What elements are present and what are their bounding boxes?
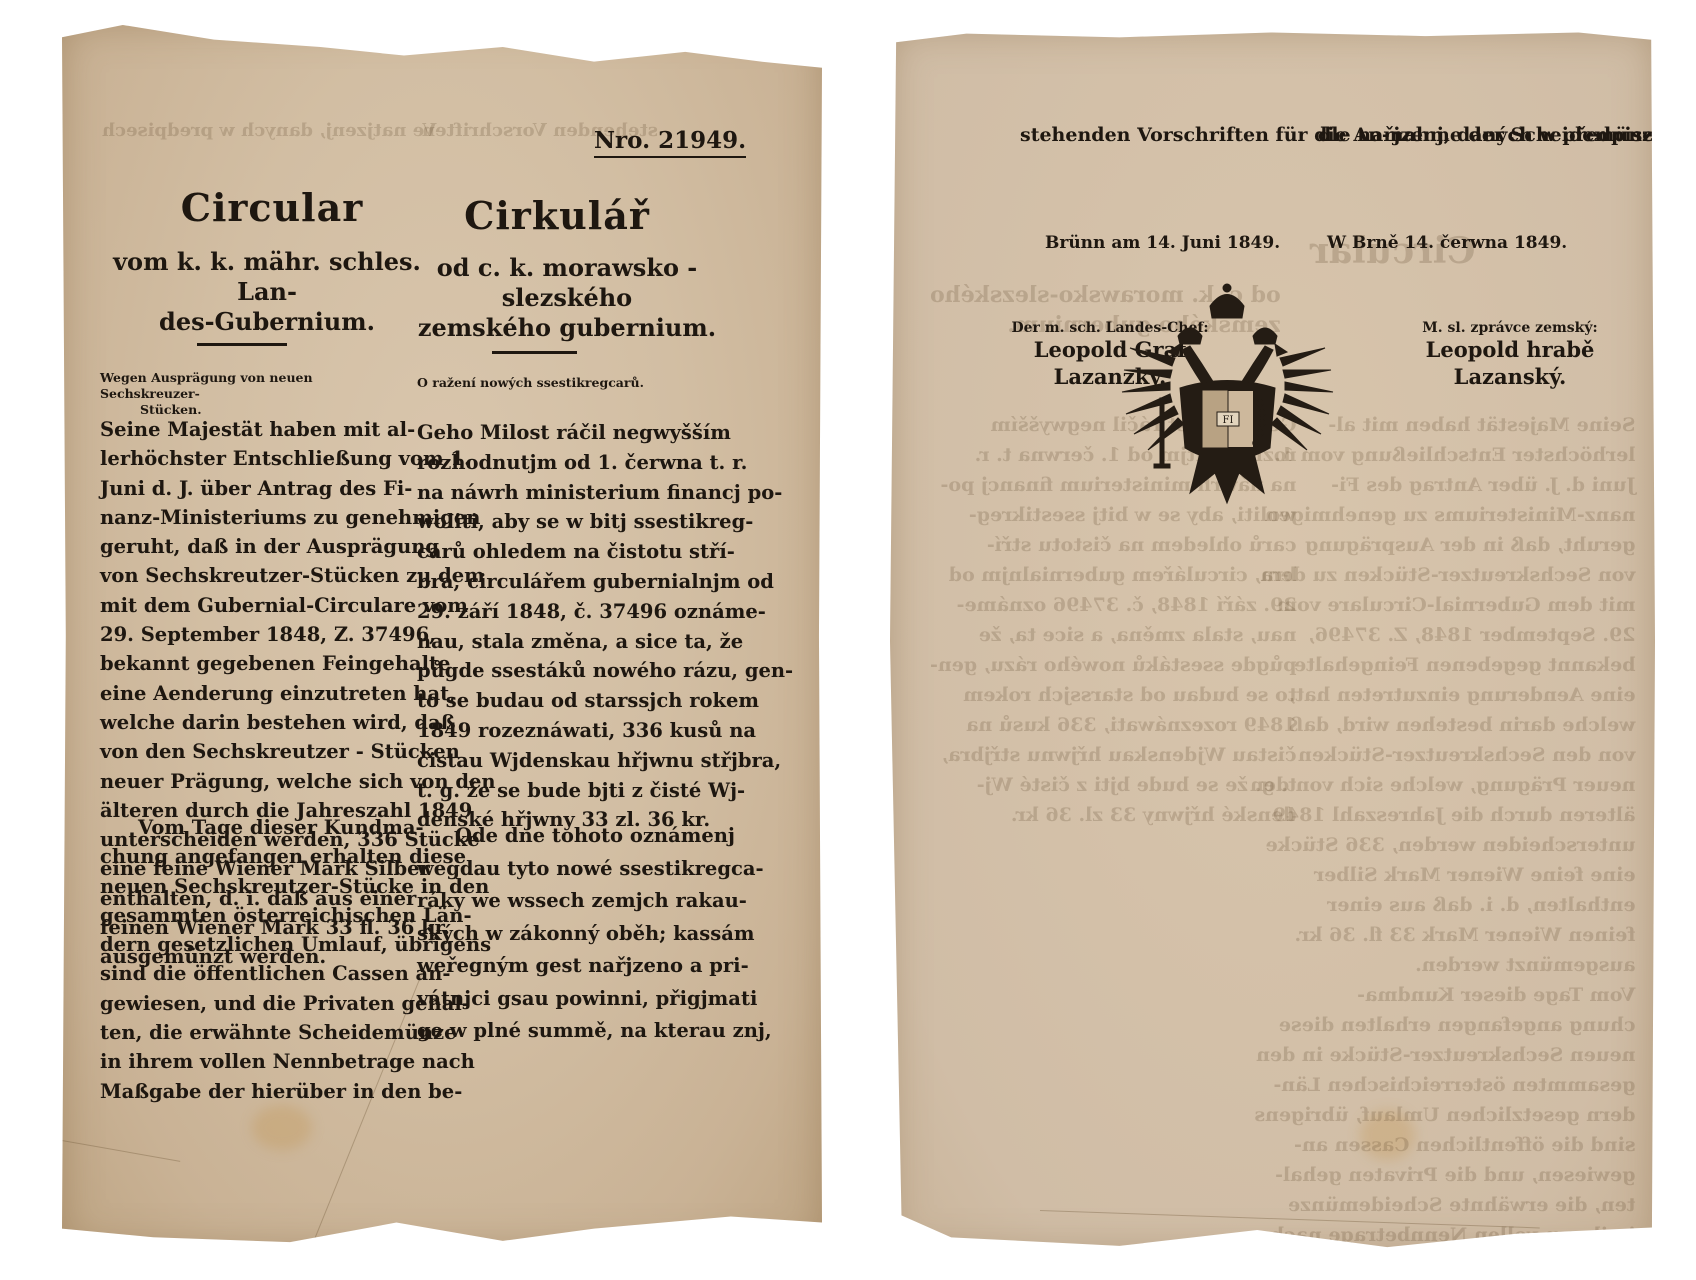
text-line: wegdau tyto nowé ssestikregca- <box>417 853 707 886</box>
text-line: in ihrem vollen Nennbetrage nach <box>100 1047 385 1076</box>
divider-rule <box>197 343 287 346</box>
text-line: 29. září 1848, č. 37496 oznáme- <box>417 597 707 627</box>
text-line: vátnjci gsau powinni, přigjmati <box>417 983 707 1016</box>
authority-german: vom k. k. mähr. schles. Lan- des-Guberni… <box>97 247 437 337</box>
text-line: lerhöchster Entschließung vom 1. <box>100 444 385 473</box>
bleed-through-body: Seine Majestät haben mit al-lerhöchster … <box>1250 410 1635 1280</box>
authority-line: od c. k. morawsko - slezského <box>397 253 737 313</box>
text-line: t. g. že se bude bjti z čisté Wj- <box>417 776 707 806</box>
text-line: geruht, daß in der Ausprägung <box>100 532 385 561</box>
text-line: von den Sechskreutzer - Stücken <box>100 737 385 766</box>
text-line: nanz-Ministeriums zu genehmigen <box>100 503 385 532</box>
text-line: dle nařjzenj, daných w předpisech <box>1318 124 1680 146</box>
text-line: Seine Majestät haben mit al- <box>100 415 385 444</box>
text-line: čistau Wjdenskau hřjwnu střjbra, <box>417 746 707 776</box>
text-line: sind die öffentlichen Cassen an- <box>100 959 385 988</box>
text-line: na náwrh ministerium financj po- <box>417 478 707 508</box>
text-line: 1849 rozeznáwati, 336 kusů na <box>417 716 707 746</box>
text-line: von Sechskreutzer-Stücken zu dem <box>100 561 385 590</box>
text-line: Vom Tage dieser Kundma- <box>100 813 385 842</box>
text-line: gesammten österreichischen Län- <box>100 901 385 930</box>
body-czech-paragraph-2: Ode dne tohoto oznámenjwegdau tyto nowé … <box>417 820 707 1048</box>
text-line: Maßgabe der hierüber in den be- <box>100 1077 385 1106</box>
date-czech: W Brně 14. čerwna 1849. <box>1327 233 1567 253</box>
text-line: to se budau od starssjch rokem <box>417 686 707 716</box>
authority-czech: od c. k. morawsko - slezského zemského g… <box>397 253 737 343</box>
text-line: mit dem Gubernial-Circulare vom <box>100 591 385 620</box>
text-line: ráky we wssech zemjch rakau- <box>417 885 707 918</box>
text-line: Juni d. J. über Antrag des Fi- <box>100 474 385 503</box>
text-line: dern gesetzlichen Umlauf, übrigens <box>100 930 385 959</box>
text-line: ten, die erwähnte Scheidemünze <box>100 1018 385 1047</box>
text-line: nau, stala změna, a sice ta, že <box>417 627 707 657</box>
text-line: ských w zákonný oběh; kassám <box>417 918 707 951</box>
document-number: Nro. 21949. <box>594 127 746 158</box>
right-page: Circular od c. k. morawsko-slezskéhozems… <box>890 30 1655 1252</box>
text-line: Geho Milost ráčil negwyšším <box>417 418 707 448</box>
subject-line: Wegen Ausprägung von neuen Sechskreuzer- <box>100 370 400 402</box>
title-czech: Cirkulář <box>397 193 717 238</box>
text-line: půgde ssestáků nowého rázu, gen- <box>417 656 707 686</box>
continuation-czech: dle nařjzenj, daných w předpisecho přigj… <box>1318 120 1696 150</box>
signature-name: Leopold hrabě <box>1410 336 1610 363</box>
title-german: Circular <box>122 185 422 230</box>
foxing-stain <box>252 1105 312 1150</box>
text-line: neuer Prägung, welche sich von den <box>100 767 385 796</box>
text-line: ge w plné summě, na kterau znj, <box>417 1015 707 1048</box>
shield-monogram: FI <box>1223 415 1234 426</box>
body-german-paragraph-2: Vom Tage dieser Kundma-chung angefangen … <box>100 813 385 1106</box>
text-line: bekannt gegebenen Feingehalte <box>100 649 385 678</box>
subject-line: O ražení nowých ssestikregcarů. <box>417 375 717 391</box>
text-line: woliti, aby se w bitj ssestikreg- <box>417 507 707 537</box>
subject-czech: O ražení nowých ssestikregcarů. <box>417 375 717 391</box>
subject-german: Wegen Ausprägung von neuen Sechskreuzer-… <box>100 370 400 418</box>
authority-line: vom k. k. mähr. schles. Lan- <box>97 247 437 307</box>
body-czech-paragraph-1: Geho Milost ráčil negwyššímrozhodnutjm o… <box>417 418 707 835</box>
authority-line: des-Gubernium. <box>97 307 437 337</box>
text-line: gewiesen, und die Privaten gehal- <box>100 989 385 1018</box>
text-line: bra, circulářem gubernialnjm od <box>417 567 707 597</box>
signature-name: Lazanský. <box>1410 363 1610 390</box>
date-german: Brünn am 14. Juni 1849. <box>1045 233 1280 253</box>
text-line: 29. September 1848, Z. 37496, <box>100 620 385 649</box>
double-headed-eagle-icon: FI <box>1120 278 1335 508</box>
paper-crease <box>62 1140 180 1162</box>
bleed-through-text: Ve natjzenj, danych w predpisech <box>102 120 436 141</box>
text-line: weřegným gest nařjzeno a pri- <box>417 950 707 983</box>
text-line: Ode dne tohoto oznámenj <box>417 820 707 853</box>
text-line: o přigjmánj drobných peněz. <box>1680 124 1696 146</box>
text-line: carů ohledem na čistotu stří- <box>417 537 707 567</box>
text-line: welche darin bestehen wird, daß <box>100 708 385 737</box>
authority-line: zemského gubernium. <box>397 313 737 343</box>
text-line: neuen Sechskreutzer-Stücke in den <box>100 872 385 901</box>
left-page: Ve natjzenj, danych w predpisech stehend… <box>62 25 822 1247</box>
text-line: chung angefangen erhalten diese <box>100 842 385 871</box>
signature-czech: M. sl. zprávce zemský: Leopold hrabě Laz… <box>1410 320 1610 390</box>
text-line: rozhodnutjm od 1. čerwna t. r. <box>417 448 707 478</box>
text-line: eine Aenderung einzutreten hat, <box>100 679 385 708</box>
divider-rule <box>492 351 577 354</box>
signature-role: M. sl. zprávce zemský: <box>1410 320 1610 336</box>
